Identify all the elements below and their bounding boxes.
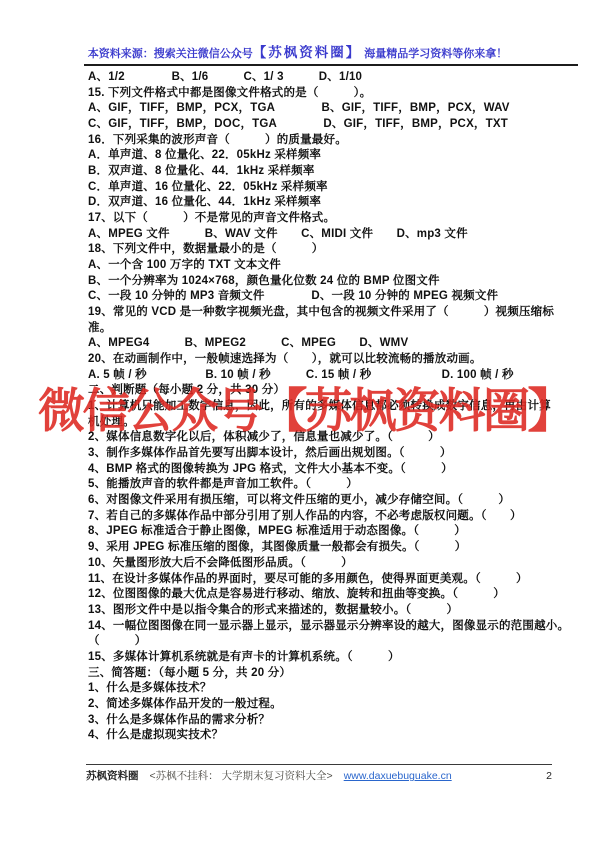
text-line: 1、什么是多媒体技术？ [88, 681, 584, 697]
text-line: 2、简述多媒体作品开发的一般过程。 [88, 697, 584, 713]
text-line: 20、在动画制作中，一般帧速选择为（ ），就可以比较流畅的播放动画。 [88, 352, 584, 368]
footer-tagline: <苏枫不挂科： 大学期末复习资料大全> [150, 768, 333, 783]
text-line: B、一个分辨率为 1024×768，颜色量化位数 24 位的 BMP 位图文件 [88, 274, 584, 290]
text-line: 二、判断题（每小题 2 分，共 30 分） [88, 383, 584, 399]
text-line: 5、能播放声音的软件都是声音加工软件。（ ） [88, 477, 584, 493]
text-line: 13、图形文件中是以指令集合的形式来描述的，数据量较小。（ ） [88, 603, 584, 619]
text-line: 17、以下（ ）不是常见的声音文件格式。 [88, 211, 584, 227]
text-line: C、GIF，TIFF，BMP，DOC，TGA D、GIF，TIFF，BMP，PC… [88, 117, 584, 133]
text-line: 11、在设计多媒体作品的界面时，要尽可能的多用颜色，使得界面更美观。（ ） [88, 572, 584, 588]
text-line: A. 5 帧 / 秒 B. 10 帧 / 秒 C. 15 帧 / 秒 D. 10… [88, 368, 584, 384]
text-line: B．双声道、8 位量化、44．1kHz 采样频率 [88, 164, 584, 180]
text-line: 15、多媒体计算机系统就是有声卡的计算机系统。（ ） [88, 650, 584, 666]
text-line: A、MPEG4 B、MPEG2 C、MPEG D、WMV [88, 336, 584, 352]
text-line: 三、简答题：（每小题 5 分，共 20 分） [88, 666, 584, 682]
text-line: A、MPEG 文件 B、WAV 文件 C、MIDI 文件 D、mp3 文件 [88, 227, 584, 243]
exam-page: 本资料来源：搜索关注微信公众号【苏枫资料圈】 海量精品学习资料等你来拿！ A、1… [0, 0, 595, 841]
exam-body: A、1/2 B、1/6 C、1/ 3 D、1/1015. 下列文件格式中都是图像… [88, 70, 584, 744]
text-line: 19、常见的 VCD 是一种数字视频光盘，其中包含的视频文件采用了（ ）视频压缩… [88, 305, 584, 321]
text-line: 3、制作多媒体作品首先要写出脚本设计，然后画出规划图。（ ） [88, 446, 584, 462]
text-line: 3、什么是多媒体作品的需求分析？ [88, 713, 584, 729]
text-line: 准。 [88, 321, 584, 337]
text-line: 18、下列文件中，数据量最小的是（ ） [88, 242, 584, 258]
banner-brand: 【苏枫资料圈】 [253, 45, 362, 61]
page-number: 2 [546, 770, 552, 782]
text-line: 4、什么是虚拟现实技术？ [88, 728, 584, 744]
text-line: 15. 下列文件格式中都是图像文件格式的是（ ）。 [88, 86, 584, 102]
text-line: 9、采用 JPEG 标准压缩的图像，其图像质量一般都会有损失。（ ） [88, 540, 584, 556]
text-line: 1、计算机只能加工数字信息，因此，所有的多媒体信息都必须转换成数字信息，再由计算 [88, 399, 584, 415]
text-line: D．双声道、16 位量化、44．1kHz 采样频率 [88, 195, 584, 211]
text-line: 16．下列采集的波形声音（ ）的质量最好。 [88, 133, 584, 149]
text-line: A、1/2 B、1/6 C、1/ 3 D、1/10 [88, 70, 584, 86]
text-line: 7、若自己的多媒体作品中部分引用了别人作品的内容，不必考虑版权问题。（ ） [88, 509, 584, 525]
footer-divider [86, 764, 552, 765]
text-line: 14、一幅位图图像在同一显示器上显示，显示器显示分辨率设的越大，图像显示的范围越… [88, 619, 584, 635]
header-divider [84, 64, 578, 66]
text-line: A．单声道、8 位量化、22．05kHz 采样频率 [88, 148, 584, 164]
text-line: 机处理。 [88, 415, 584, 431]
text-line: 4、BMP 格式的图像转换为 JPG 格式，文件大小基本不变。（ ） [88, 462, 584, 478]
text-line: A、GIF，TIFF，BMP，PCX，TGA B、GIF，TIFF，BMP，PC… [88, 101, 584, 117]
footer-link[interactable]: www.daxuebuguake.cn [344, 770, 452, 782]
banner-suffix: 海量精品学习资料等你来拿！ [361, 48, 507, 60]
text-line: A、一个含 100 万字的 TXT 文本文件 [88, 258, 584, 274]
footer-brand: 苏枫资料圈 [86, 768, 139, 783]
text-line: 10、矢量图形放大后不会降低图形品质。（ ） [88, 556, 584, 572]
banner-prefix: 本资料来源：搜索关注微信公众号 [88, 48, 253, 60]
header-banner: 本资料来源：搜索关注微信公众号【苏枫资料圈】 海量精品学习资料等你来拿！ [0, 41, 595, 61]
text-line: 12、位图图像的最大优点是容易进行移动、缩放、旋转和扭曲等变换。（ ） [88, 587, 584, 603]
text-line: C、一段 10 分钟的 MP3 音频文件 D、一段 10 分钟的 MPEG 视频… [88, 289, 584, 305]
footer: 苏枫资料圈 <苏枫不挂科： 大学期末复习资料大全> www.daxuebugua… [86, 768, 552, 783]
text-line: （ ） [88, 634, 584, 650]
text-line: 6、对图像文件采用有损压缩，可以将文件压缩的更小，减少存储空间。（ ） [88, 493, 584, 509]
text-line: 2、媒体信息数字化以后，体积减少了，信息量也减少了。（ ） [88, 430, 584, 446]
text-line: C．单声道、16 位量化、22．05kHz 采样频率 [88, 180, 584, 196]
text-line: 8、JPEG 标准适合于静止图像，MPEG 标准适用于动态图像。（ ） [88, 524, 584, 540]
